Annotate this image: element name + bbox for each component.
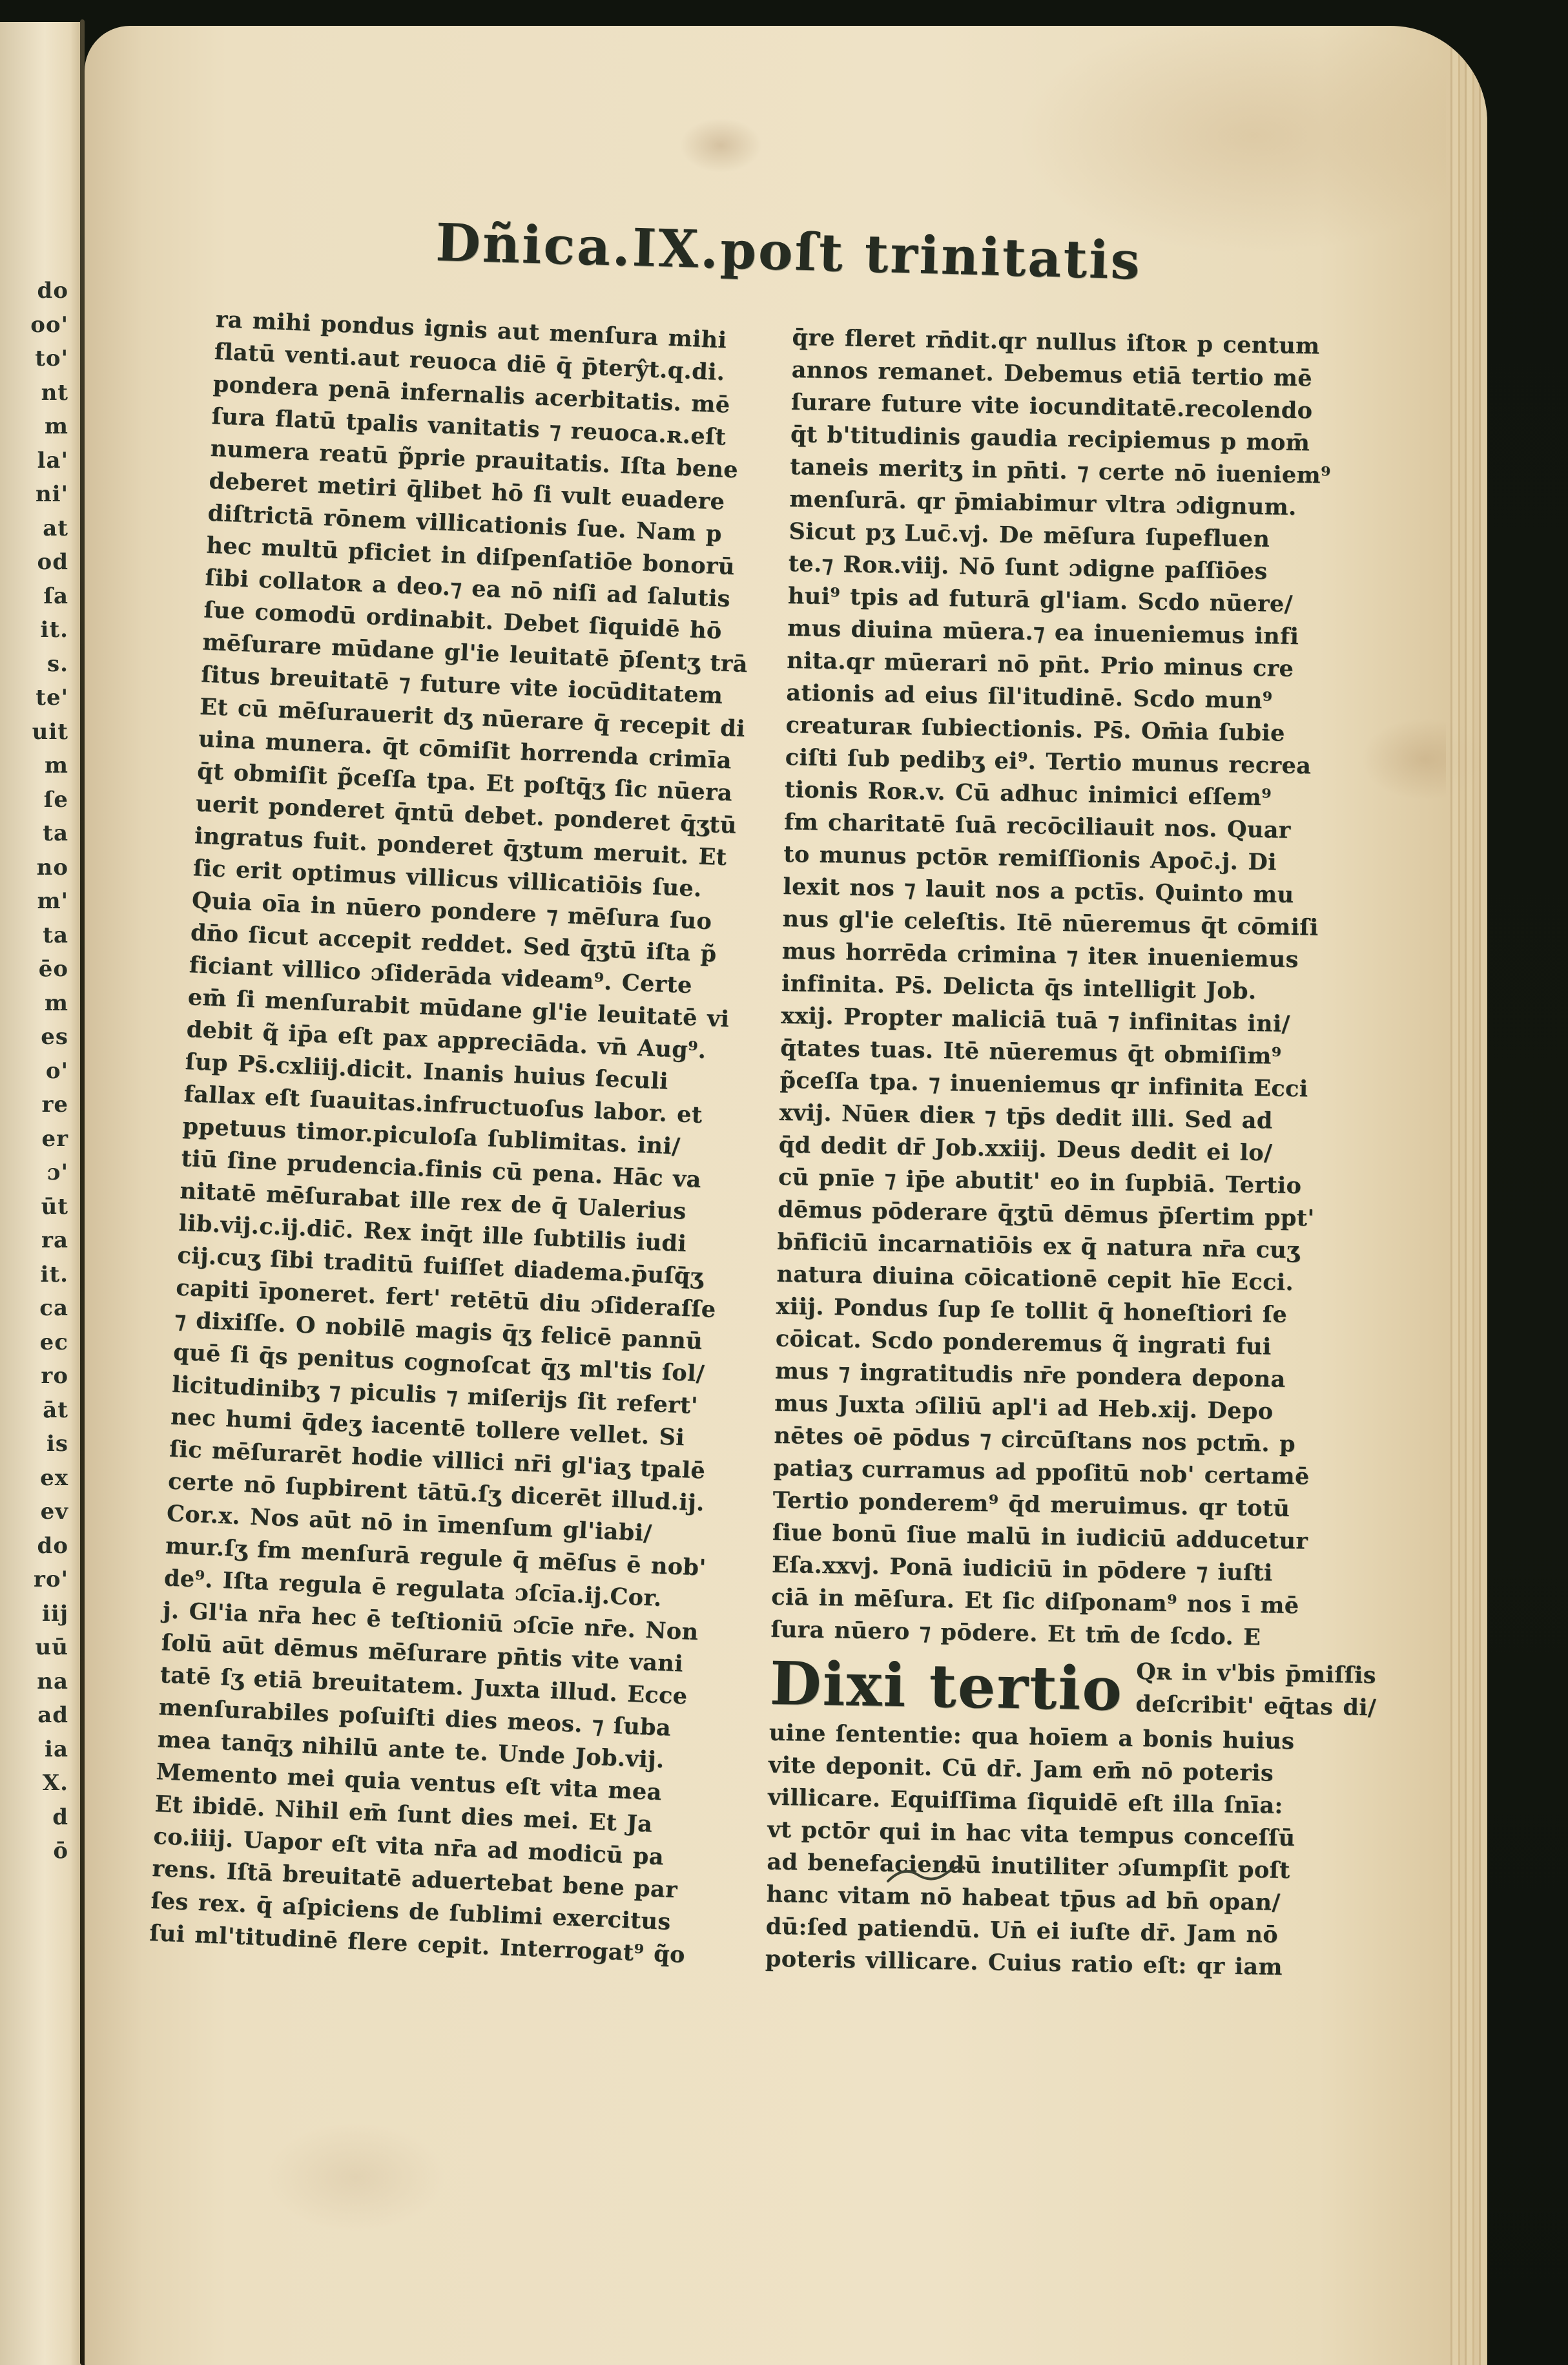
- facing-page-gutter: dooo'to'ntmla'ni'atodſait.s.te'uitmſetan…: [0, 22, 81, 2365]
- handwritten-mark: [884, 1859, 968, 1890]
- margin-fragment: ɔ': [47, 1160, 68, 1194]
- margin-fragment: it.: [41, 617, 68, 651]
- margin-fragment: ta: [43, 820, 68, 855]
- margin-fragment: is: [46, 1431, 68, 1465]
- running-title: Dñica.IX.poſt trinitatis: [435, 212, 1142, 291]
- margin-fragment: ūt: [41, 1194, 68, 1228]
- text-column-left: ra mihi pondus ignis aut menſura mihifla…: [149, 304, 787, 1973]
- book-page: Dñica.IX.poſt trinitatis ra mihi pondus …: [85, 26, 1487, 2365]
- margin-fragment: m: [45, 990, 68, 1025]
- margin-fragment: do: [37, 1533, 68, 1567]
- margin-fragment: āt: [43, 1397, 68, 1432]
- margin-fragment: ſa: [43, 583, 68, 618]
- margin-fragment: m: [45, 753, 68, 787]
- margin-fragment: od: [37, 549, 68, 583]
- margin-fragment: er: [41, 1126, 68, 1160]
- margin-fragment: iij: [42, 1601, 68, 1635]
- scanned-book-photo: dooo'to'ntmla'ni'atodſait.s.te'uitmſetan…: [0, 0, 1568, 2365]
- margin-fragment: no: [37, 855, 68, 889]
- section-heading-incipit: Dixi tertio: [769, 1650, 1124, 1723]
- margin-fragment: ca: [39, 1295, 68, 1329]
- margin-fragment: na: [37, 1669, 68, 1703]
- right-column-lower-text: uine ſententie: qua hoīem a bonis huiusv…: [765, 1717, 1383, 1986]
- margin-fragment: ad: [37, 1702, 68, 1736]
- margin-fragment: ev: [41, 1499, 68, 1533]
- margin-fragment: es: [41, 1024, 68, 1058]
- section-heading-row: Dixi tertio Qʀ in v'bis p̄miſſisdeſcribi…: [769, 1650, 1384, 1727]
- margin-fragment: re: [41, 1092, 68, 1126]
- margin-fragment: ta: [43, 922, 68, 957]
- margin-fragment: m': [37, 888, 68, 922]
- margin-fragment: ro: [41, 1363, 68, 1397]
- margin-fragment: ra: [41, 1227, 68, 1262]
- margin-fragment: nt: [41, 380, 68, 414]
- margin-fragment: ſe: [44, 787, 68, 821]
- margin-fragment: it.: [41, 1262, 68, 1296]
- margin-fragment: to': [35, 346, 68, 380]
- text-line: Qʀ in v'bis p̄miſſis: [1136, 1656, 1377, 1692]
- margin-fragment: ro': [34, 1567, 68, 1601]
- margin-fragment: ō: [53, 1838, 68, 1872]
- margin-fragment: d: [52, 1804, 68, 1839]
- margin-fragment: X.: [43, 1770, 68, 1804]
- margin-fragment: ni': [36, 481, 68, 516]
- fore-edge-page-stack: [1446, 26, 1487, 2365]
- facing-page-line-endings: dooo'to'ntmla'ni'atodſait.s.te'uitmſetan…: [4, 278, 68, 1872]
- text-line: deſcribit' eq̄tas di/: [1135, 1688, 1376, 1724]
- margin-fragment: m: [45, 413, 68, 448]
- margin-fragment: te': [36, 685, 68, 719]
- margin-fragment: oo': [30, 312, 68, 346]
- margin-fragment: ia: [45, 1736, 68, 1771]
- margin-fragment: ex: [40, 1465, 68, 1499]
- right-column-upper-text: q̄re fleret rn̄dit.qr nullus iſtoʀ p cen…: [770, 322, 1406, 1656]
- margin-fragment: ēo: [39, 956, 68, 990]
- text-column-right: q̄re fleret rn̄dit.qr nullus iſtoʀ p cen…: [765, 322, 1406, 1985]
- margin-fragment: do: [37, 278, 68, 312]
- margin-fragment: ec: [40, 1329, 68, 1364]
- binding-gutter-line: [80, 19, 85, 2365]
- margin-fragment: s.: [47, 651, 68, 685]
- margin-fragment: la': [37, 448, 68, 482]
- margin-fragment: at: [43, 516, 68, 550]
- margin-fragment: uit: [32, 719, 68, 753]
- margin-fragment: o': [46, 1058, 68, 1092]
- margin-fragment: uū: [36, 1634, 68, 1669]
- section-heading-side-text: Qʀ in v'bis p̄miſſisdeſcribit' eq̄tas di…: [1135, 1656, 1377, 1724]
